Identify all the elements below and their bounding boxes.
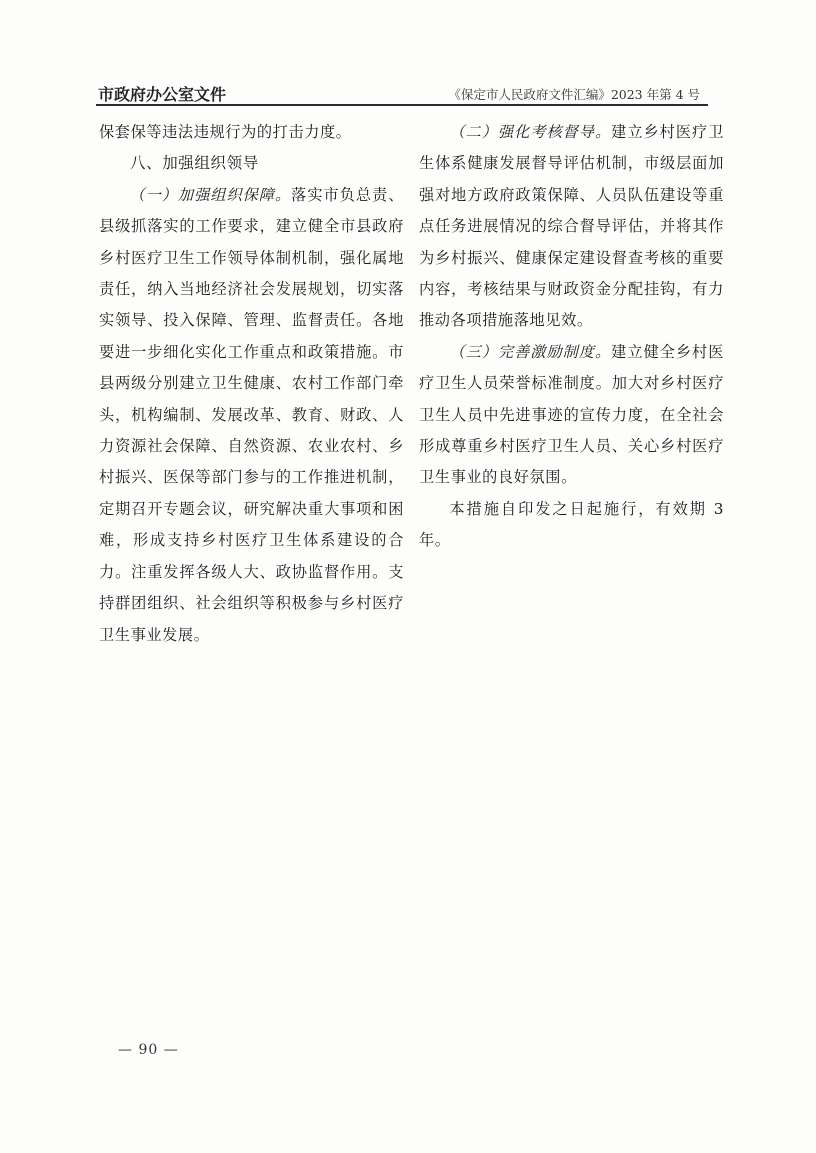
paragraph-continuation: 保套保等违法违规行为的打击力度。 xyxy=(99,117,404,148)
paragraph-body: 建立健全乡村医疗卫生人员荣誉标准制度。加大对乡村医疗卫生人员中先进事迹的宣传力度… xyxy=(419,343,724,487)
paragraph-body: 建立乡村医疗卫生体系健康发展督导评估机制，市级层面加强对地方政府政策保障、人员队… xyxy=(419,123,724,329)
paragraph-label: （一）加强组织保障。 xyxy=(129,186,291,204)
paragraph-supervision: （二）强化考核督导。建立乡村医疗卫生体系健康发展督导评估机制，市级层面加强对地方… xyxy=(419,117,724,337)
paragraph-body: 落实市负总责、县级抓落实的工作要求，建立健全市县政府乡村医疗卫生工作领导体制机制… xyxy=(99,186,404,644)
paragraph-organization-guarantee: （一）加强组织保障。落实市负总责、县级抓落实的工作要求，建立健全市县政府乡村医疗… xyxy=(99,180,404,651)
section-heading: 八、加强组织领导 xyxy=(99,148,404,179)
paragraph-label: （二）强化考核督导。 xyxy=(449,123,611,141)
header-issuer: 市政府办公室文件 xyxy=(98,82,226,105)
page-number: — 90 — xyxy=(118,1042,179,1058)
closing-statement: 本措施自印发之日起施行，有效期 3 年。 xyxy=(419,494,724,557)
paragraph-label: （三）完善激励制度。 xyxy=(449,343,611,361)
header-publication: 《保定市人民政府文件汇编》2023 年第 4 号 xyxy=(448,85,700,103)
right-column: （二）强化考核督导。建立乡村医疗卫生体系健康发展督导评估机制，市级层面加强对地方… xyxy=(419,117,724,557)
paragraph-incentives: （三）完善激励制度。建立健全乡村医疗卫生人员荣誉标准制度。加大对乡村医疗卫生人员… xyxy=(419,337,724,494)
page-header: 市政府办公室文件 《保定市人民政府文件汇编》2023 年第 4 号 xyxy=(96,80,708,106)
left-column: 保套保等违法违规行为的打击力度。 八、加强组织领导 （一）加强组织保障。落实市负… xyxy=(99,117,404,651)
